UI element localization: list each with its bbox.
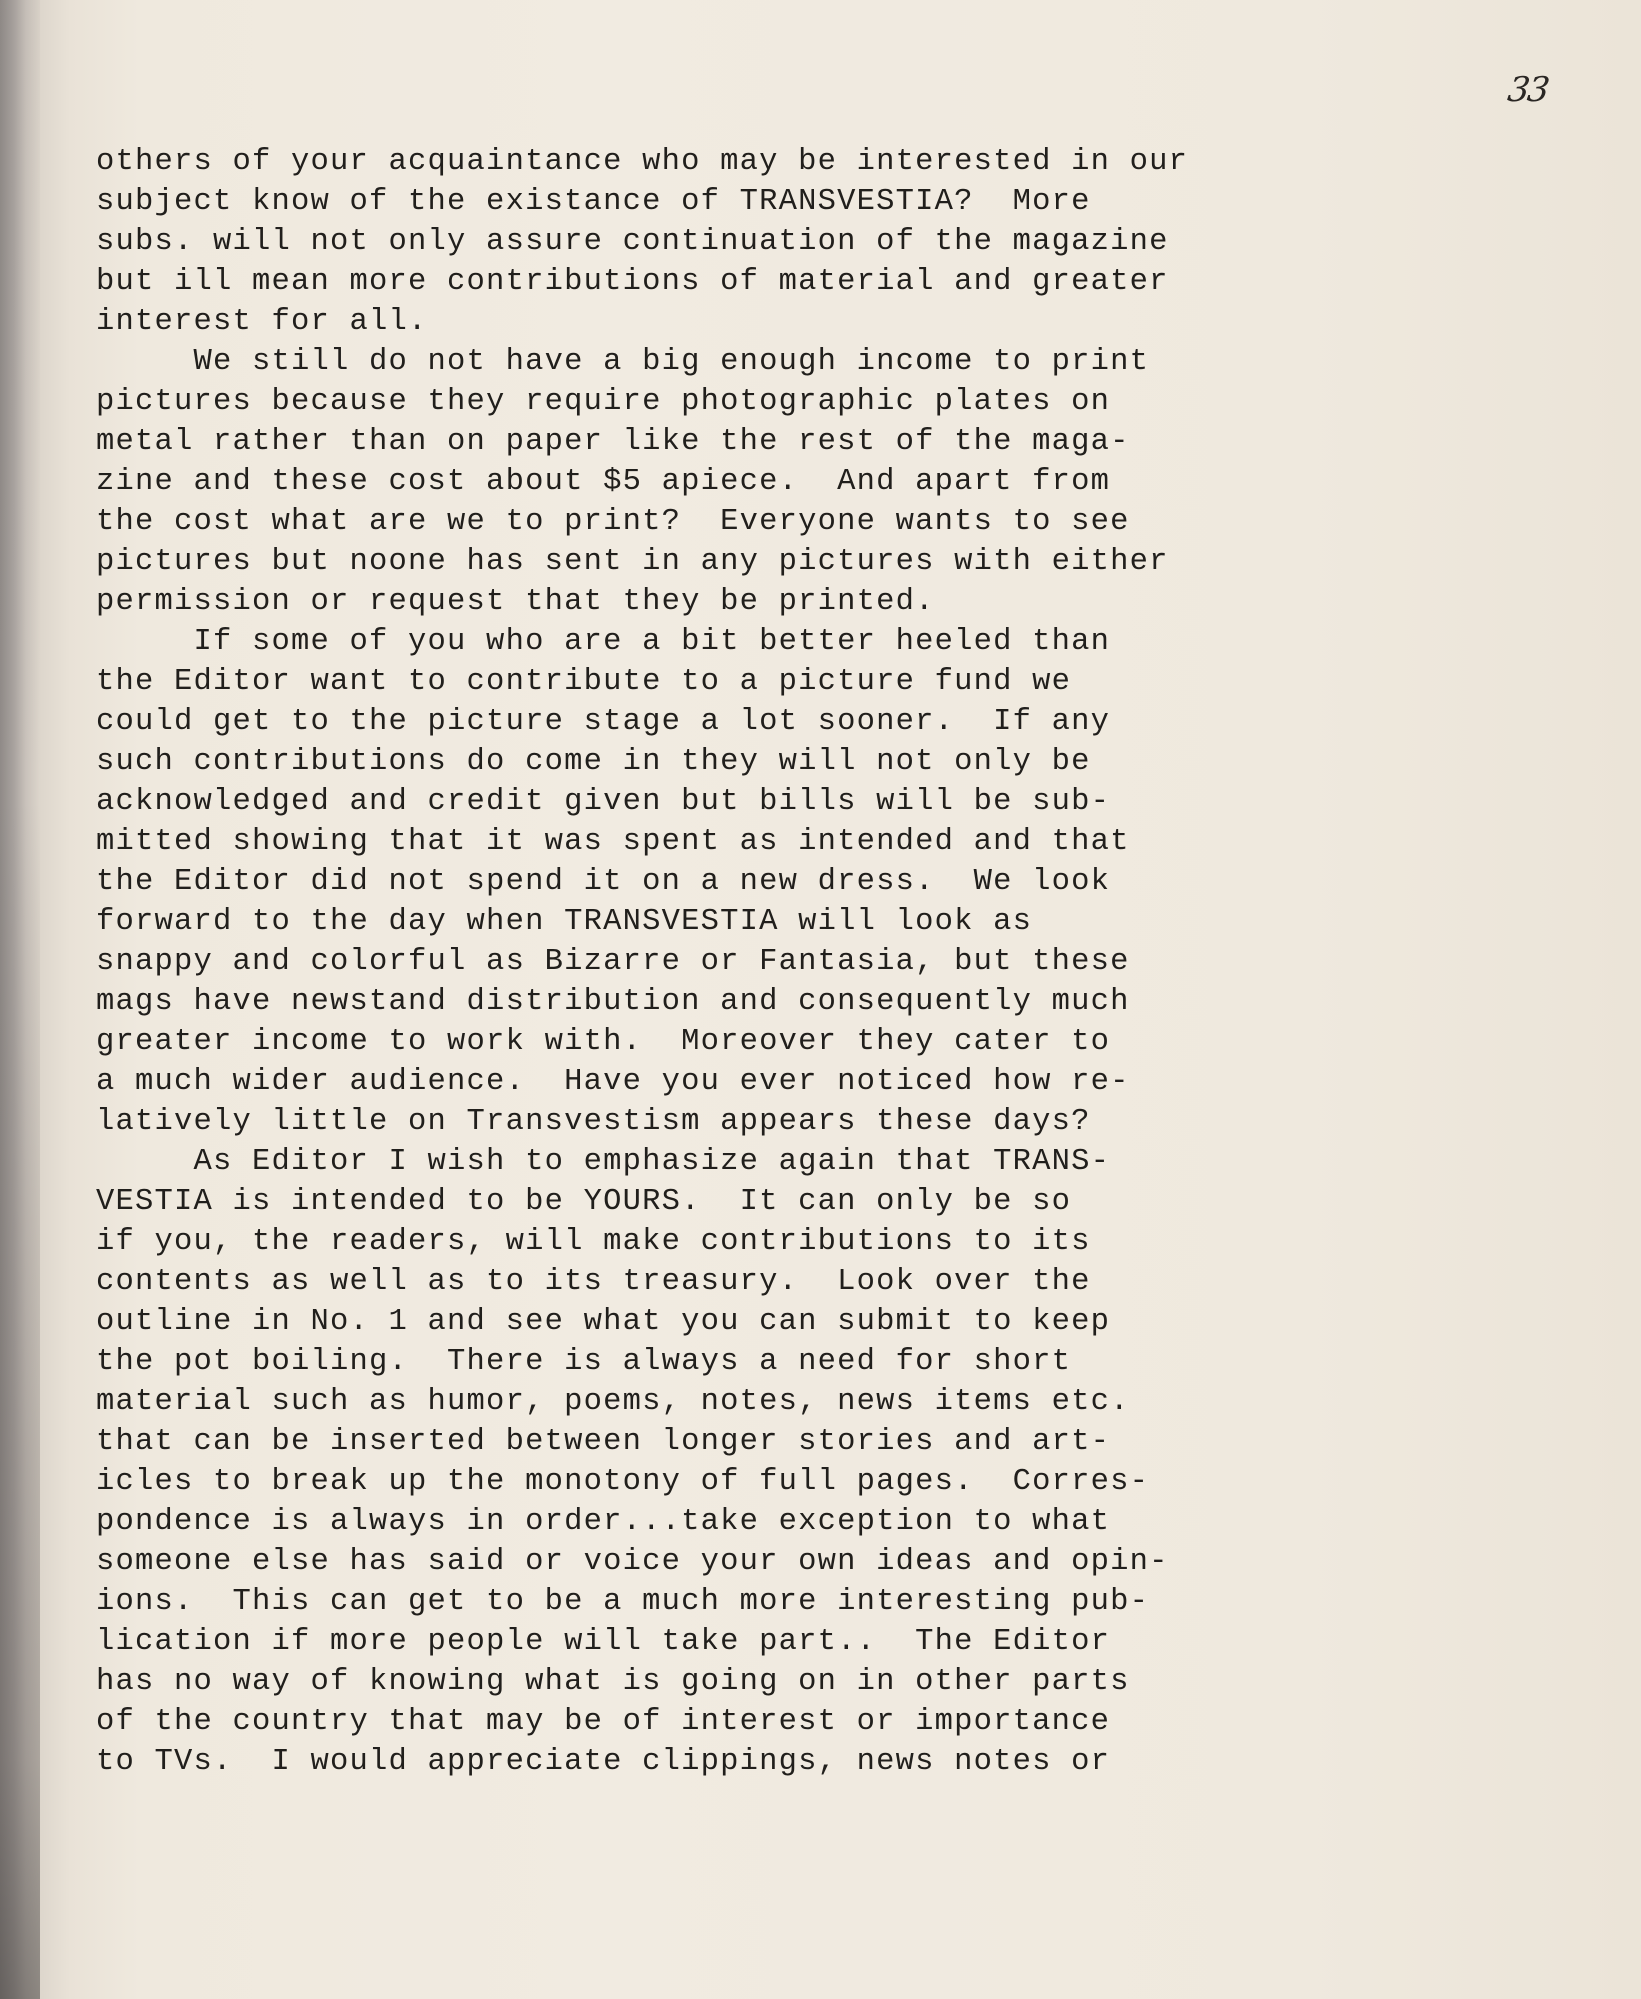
text-line: someone else has said or voice your own … bbox=[96, 1542, 1536, 1582]
text-line: lication if more people will take part..… bbox=[96, 1622, 1536, 1662]
text-line: acknowledged and credit given but bills … bbox=[96, 782, 1536, 822]
text-line: others of your acquaintance who may be i… bbox=[96, 142, 1536, 182]
binding-shadow bbox=[0, 0, 40, 1999]
text-line: that can be inserted between longer stor… bbox=[96, 1422, 1536, 1462]
text-line: to TVs. I would appreciate clippings, ne… bbox=[96, 1742, 1536, 1782]
text-line: the cost what are we to print? Everyone … bbox=[96, 502, 1536, 542]
text-line: pondence is always in order...take excep… bbox=[96, 1502, 1536, 1542]
body-text: others of your acquaintance who may be i… bbox=[96, 142, 1536, 1782]
text-line: mitted showing that it was spent as inte… bbox=[96, 822, 1536, 862]
text-line: permission or request that they be print… bbox=[96, 582, 1536, 622]
text-line: has no way of knowing what is going on i… bbox=[96, 1662, 1536, 1702]
text-line: outline in No. 1 and see what you can su… bbox=[96, 1302, 1536, 1342]
text-line: interest for all. bbox=[96, 302, 1536, 342]
text-line: VESTIA is intended to be YOURS. It can o… bbox=[96, 1182, 1536, 1222]
text-line: the Editor did not spend it on a new dre… bbox=[96, 862, 1536, 902]
text-line: pictures because they require photograph… bbox=[96, 382, 1536, 422]
text-line: latively little on Transvestism appears … bbox=[96, 1102, 1536, 1142]
text-line: such contributions do come in they will … bbox=[96, 742, 1536, 782]
paragraph-start-line: We still do not have a big enough income… bbox=[96, 342, 1536, 382]
text-line: subject know of the existance of TRANSVE… bbox=[96, 182, 1536, 222]
text-line: ions. This can get to be a much more int… bbox=[96, 1582, 1536, 1622]
text-line: pictures but noone has sent in any pictu… bbox=[96, 542, 1536, 582]
text-line: if you, the readers, will make contribut… bbox=[96, 1222, 1536, 1262]
text-line: greater income to work with. Moreover th… bbox=[96, 1022, 1536, 1062]
scanned-page: 33 others of your acquaintance who may b… bbox=[0, 0, 1641, 1999]
text-line: zine and these cost about $5 apiece. And… bbox=[96, 462, 1536, 502]
text-line: contents as well as to its treasury. Loo… bbox=[96, 1262, 1536, 1302]
text-line: forward to the day when TRANSVESTIA will… bbox=[96, 902, 1536, 942]
text-line: subs. will not only assure continuation … bbox=[96, 222, 1536, 262]
text-line: could get to the picture stage a lot soo… bbox=[96, 702, 1536, 742]
text-line: metal rather than on paper like the rest… bbox=[96, 422, 1536, 462]
text-line: the Editor want to contribute to a pictu… bbox=[96, 662, 1536, 702]
text-line: of the country that may be of interest o… bbox=[96, 1702, 1536, 1742]
paragraph-start-line: If some of you who are a bit better heel… bbox=[96, 622, 1536, 662]
text-line: the pot boiling. There is always a need … bbox=[96, 1342, 1536, 1382]
text-line: a much wider audience. Have you ever not… bbox=[96, 1062, 1536, 1102]
text-line: icles to break up the monotony of full p… bbox=[96, 1462, 1536, 1502]
text-line: material such as humor, poems, notes, ne… bbox=[96, 1382, 1536, 1422]
text-line: mags have newstand distribution and cons… bbox=[96, 982, 1536, 1022]
text-line: snappy and colorful as Bizarre or Fantas… bbox=[96, 942, 1536, 982]
page-number: 33 bbox=[1505, 70, 1550, 110]
text-line: but ill mean more contributions of mater… bbox=[96, 262, 1536, 302]
paragraph-start-line: As Editor I wish to emphasize again that… bbox=[96, 1142, 1536, 1182]
